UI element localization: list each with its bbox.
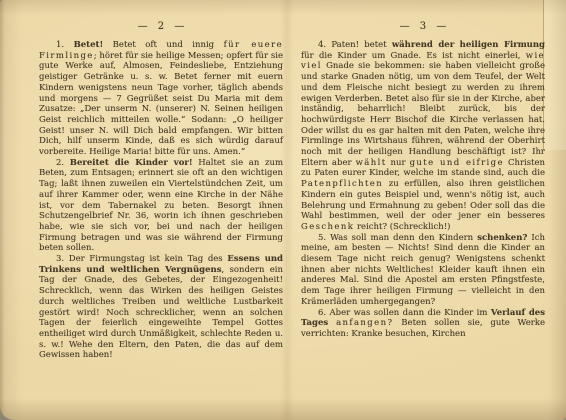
page-2-text: 1. Betet! Betet oft und innig für euere … [39,40,283,361]
text-segment: Patenpflichten [301,179,383,189]
page-3-text: 4. Paten! betet während der heiligen Fir… [301,40,545,340]
text-segment: für die Kinder um Gnade. Es ist nicht ei… [301,51,526,61]
paragraph: 5. Was soll man denn den Kindern schenke… [301,233,545,308]
page-3: — 3 — 4. Paten! betet während der heilig… [301,21,545,340]
text-segment: Gnade sie bekommen: sie haben vielleicht… [301,61,545,167]
text-segment: nur [387,158,410,168]
text-segment: Betet! [74,40,104,50]
page-number-header: — 2 — [39,21,283,33]
text-segment: reicht? (Schrecklich!) [354,222,450,232]
text-segment: Ich meine, am besten — Nichts! Sind denn… [301,233,545,307]
paragraph: 3. Der Firmungstag ist kein Tag des Esse… [39,254,283,361]
page-number-header: — 3 — [301,21,545,33]
text-segment: 3. Der Firmungstag ist kein Tag des [56,254,227,264]
paragraph: 1. Betet! Betet oft und innig für euere … [39,40,283,158]
text-segment: Betet oft und innig [103,40,223,50]
paragraph: 6. Aber was sollen dann die Kinder im Ve… [301,308,545,340]
text-segment: gute und eifrige [410,158,504,168]
text-segment: 1. [56,40,74,50]
page-2: — 2 — 1. Betet! Betet oft und innig für … [39,21,283,361]
text-segment: Haltet sie an zum Beten, zum Entsagen; e… [39,158,283,254]
text-segment: ; höret für sie heilige Messen; opfert f… [39,51,283,157]
paragraph: 2. Bereitet die Kinder vor! Haltet sie a… [39,158,283,254]
text-segment: 4. Paten! betet [318,40,392,50]
text-segment: 6. Aber was sollen dann die Kinder im [318,308,491,318]
text-segment: anfangen? [336,318,393,328]
scanned-booklet-spread: — 2 — 1. Betet! Betet oft und innig für … [0,0,566,420]
text-segment: Geschenk [301,222,354,232]
text-segment: während der heiligen Firmung [392,40,545,50]
text-segment: 5. Was soll man denn den Kindern [318,233,477,243]
text-segment: schenken? [477,233,527,243]
text-segment [328,318,336,328]
text-segment: Bereitet die Kinder vor! [70,158,193,168]
text-segment: wählt [356,158,387,168]
text-segment: , sondern ein Tag der Gnade, des Gebetes… [39,265,283,361]
paragraph: 4. Paten! betet während der heiligen Fir… [301,40,545,233]
page-edge-highlight [544,0,566,150]
text-segment: 2. [56,158,70,168]
